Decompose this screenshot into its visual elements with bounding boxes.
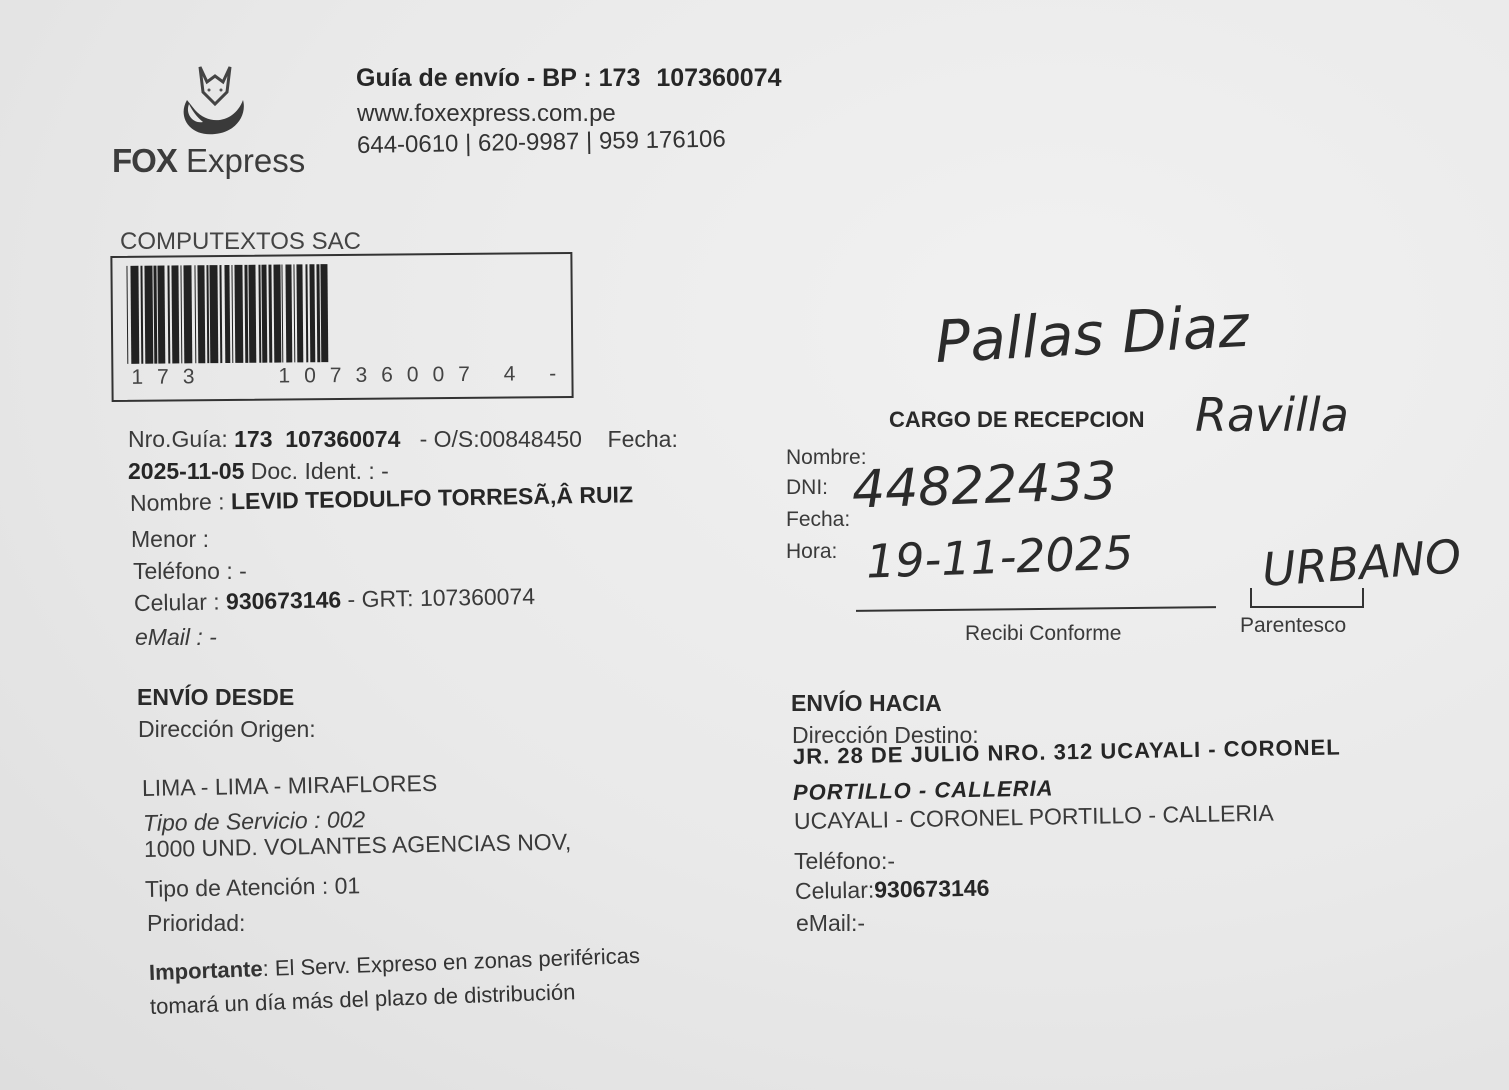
- nombre-label: Nombre :: [130, 488, 225, 516]
- origin-address-label: Dirección Origen:: [138, 716, 316, 743]
- date-doc-row: 2025-11-05 Doc. Ident. : -: [128, 458, 389, 485]
- barcode-prefix: 173: [131, 365, 208, 389]
- destination-celular-label: Celular:: [795, 877, 875, 904]
- origin-location: LIMA - LIMA - MIRAFLORES: [142, 770, 438, 802]
- handwritten-receiver-name: Pallas Diaz: [933, 292, 1250, 376]
- relationship-line: [1250, 588, 1364, 608]
- signature-line: [856, 606, 1216, 612]
- brand-name-light: Express: [186, 142, 305, 179]
- important-label: Importante: [149, 956, 263, 985]
- brand-name-bold: FOX: [112, 142, 177, 179]
- nro-guia-label: Nro.Guía:: [128, 426, 228, 452]
- brand-name: FOX Express: [112, 142, 305, 180]
- phone-numbers: 644-0610 | 620-9987 | 959 176106: [357, 126, 726, 160]
- reception-title: CARGO DE RECEPCION: [889, 407, 1144, 433]
- to-heading: ENVÍO HACIA: [791, 690, 942, 717]
- grt-number: - GRT: 107360074: [347, 583, 535, 612]
- destination-email: eMail:-: [796, 910, 865, 937]
- signature-caption: Recibi Conforme: [965, 622, 1121, 646]
- reception-fecha-label: Fecha:: [786, 508, 850, 532]
- important-notice-line2: tomará un día más del plazo de distribuc…: [150, 979, 576, 1020]
- doc-ident: Doc. Ident. : -: [251, 458, 389, 484]
- barcode: 17310736007 4 -: [110, 252, 573, 402]
- reception-dni-label: DNI:: [786, 476, 828, 500]
- priority: Prioridad:: [147, 910, 245, 937]
- guide-title-text: Guía de envío - BP : 173: [356, 64, 640, 92]
- telefono: Teléfono : -: [133, 558, 247, 585]
- attention-type: Tipo de Atención : 01: [145, 872, 361, 903]
- celular-value: 930673146: [226, 586, 342, 614]
- recipient-name-row: Nombre : LEVID TEODULFO TORRESÃ‚Â RUIZ: [130, 481, 633, 517]
- website: www.foxexpress.com.pe: [357, 100, 616, 128]
- menor: Menor :: [131, 526, 209, 553]
- from-heading: ENVÍO DESDE: [137, 684, 294, 711]
- handwritten-receiver-name-2: Ravilla: [1195, 388, 1349, 442]
- celular-row: Celular : 930673146 - GRT: 107360074: [134, 583, 536, 617]
- destination-celular-row: Celular:930673146: [795, 875, 990, 905]
- nro-guia-value: 173 107360074: [234, 426, 400, 452]
- sender-company: COMPUTEXTOS SAC: [120, 228, 361, 256]
- fecha-label: Fecha:: [608, 426, 678, 452]
- relationship-caption: Parentesco: [1240, 614, 1346, 638]
- email: eMail : -: [135, 624, 217, 651]
- barcode-number: 10736007 4 -: [278, 362, 570, 388]
- handwritten-relationship: URBANO: [1260, 529, 1463, 597]
- destination-location: UCAYALI - CORONEL PORTILLO - CALLERIA: [794, 800, 1274, 835]
- fox-logo-icon: [175, 62, 265, 142]
- reception-hora-label: Hora:: [786, 540, 837, 564]
- handwritten-date: 19-11-2025: [865, 525, 1134, 588]
- barcode-digits: 17310736007 4 -: [131, 362, 570, 390]
- brand-logo: FOX Express: [110, 62, 340, 192]
- barcode-bars: [126, 262, 557, 364]
- guide-title: Guía de envío - BP : 173107360074: [356, 64, 782, 93]
- destination-address-line2: PORTILLO - CALLERIA: [793, 775, 1054, 806]
- handwritten-dni: 44822433: [851, 451, 1118, 520]
- guide-title-number: 107360074: [656, 64, 781, 92]
- fecha-value: 2025-11-05: [128, 458, 244, 484]
- guide-number-row: Nro.Guía: 173 107360074 - O/S:00848450 F…: [128, 426, 678, 453]
- destination-telefono: Teléfono:-: [794, 848, 895, 875]
- celular-label: Celular :: [134, 589, 220, 616]
- important-text: : El Serv. Expreso en zonas periféricas: [262, 943, 640, 981]
- recipient-name: LEVID TEODULFO TORRESÃ‚Â RUIZ: [231, 481, 633, 514]
- destination-celular-value: 930673146: [874, 875, 990, 903]
- os-number: - O/S:00848450: [420, 426, 582, 452]
